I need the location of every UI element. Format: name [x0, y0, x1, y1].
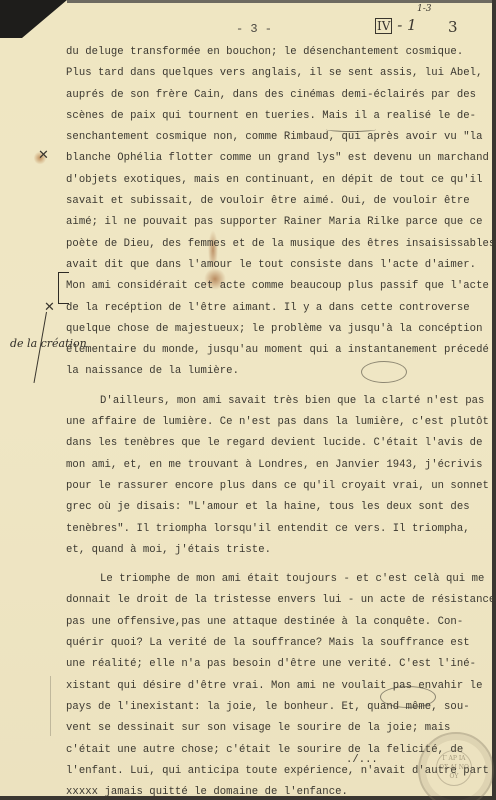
small-reference: 1-3	[417, 4, 432, 14]
text-line: grec où je disais: "L'amour et la haine,…	[66, 497, 486, 518]
text-line: savait et subissait, de vouloir être aim…	[66, 191, 486, 212]
archive-ref-roman: IV	[375, 18, 392, 34]
text-line: élementaire du monde, jusqu'au moment qu…	[66, 340, 486, 361]
margin-cross-mark: ✕	[38, 148, 49, 163]
text-line: vent se dessinait sur son visage le sour…	[66, 718, 486, 739]
text-line: d'objets exotiques, mais en continuant, …	[66, 170, 486, 191]
handwritten-page-number: 3	[448, 18, 458, 36]
text-line: D'ailleurs, mon ami savait très bien que…	[66, 391, 486, 412]
text-line: de la recéption de l'être aimant. Il y a…	[66, 298, 486, 319]
text-line: la naissance de la lumière.	[66, 361, 486, 382]
text-line: tenèbres". Il triompha lorsqu'il entendi…	[66, 519, 486, 540]
text-line: pas une offensive,pas une attaque destin…	[66, 612, 486, 633]
faint-margin-rule	[50, 676, 51, 736]
archive-seal-stamp: Γ ΑΡ ΙΑ ΟΣ ΑΙ ΝΟ ΟΥ	[418, 732, 494, 800]
text-line: pays de l'inexistant: la joie, le bonheu…	[66, 697, 486, 718]
page-right-edge	[492, 0, 496, 800]
page-top-edge	[67, 0, 492, 3]
text-line: du deluge transformée en bouchon; le dés…	[66, 42, 486, 63]
text-line: scènes de paix qui tournent en tueries. …	[66, 106, 486, 127]
seal-center-text: Γ ΑΡ ΙΑ ΟΣ ΑΙ ΝΟ ΟΥ	[436, 750, 472, 786]
text-line: senchantement cosmique non, comme Rimbau…	[66, 127, 486, 148]
text-line: Le triomphe de mon ami était toujours - …	[66, 569, 486, 590]
text-line: poète de Dieu, des femmes et de la musiq…	[66, 234, 486, 255]
text-line: dans les tenèbres que le regard devient …	[66, 433, 486, 454]
text-line: et, quand à moi, j'étais triste.	[66, 540, 486, 561]
typed-body-text: du deluge transformée en bouchon; le dés…	[66, 42, 486, 800]
text-line: mon ami, et, en me trouvant à Londres, e…	[66, 455, 486, 476]
text-line: Plus tard dans quelques vers anglais, il…	[66, 63, 486, 84]
text-line: quérir quoi? La verité de la souffrance?…	[66, 633, 486, 654]
archive-ref-suffix: - 1	[397, 16, 416, 34]
text-line: pour le rassurer encore plus dans ce qu'…	[66, 476, 486, 497]
text-line: auprés de son frère Cain, dans des ciném…	[66, 85, 486, 106]
text-line: quelque chose de majestueux; le problème…	[66, 319, 486, 340]
text-line: xistant qui désire d'être vrai. Mon ami …	[66, 676, 486, 697]
text-line: une affaire de lumière. Ce n'est pas dan…	[66, 412, 486, 433]
text-line: Mon ami considérait cet acte comme beauc…	[66, 276, 486, 297]
text-line: donnait le droit de la tristesse envers …	[66, 590, 486, 611]
text-line: aimé; il ne pouvait pas supporter Rainer…	[66, 212, 486, 233]
text-line: avait dit que dans l'amour le tout consi…	[66, 255, 486, 276]
text-line: blanche Ophélia flotter comme un grand l…	[66, 148, 486, 169]
archive-reference: IV - 1	[375, 16, 417, 34]
continuation-mark: ./...	[346, 754, 378, 766]
page-header-number: - 3 -	[236, 22, 272, 36]
text-line: une réalité; elle n'a pas besoin d'être …	[66, 654, 486, 675]
